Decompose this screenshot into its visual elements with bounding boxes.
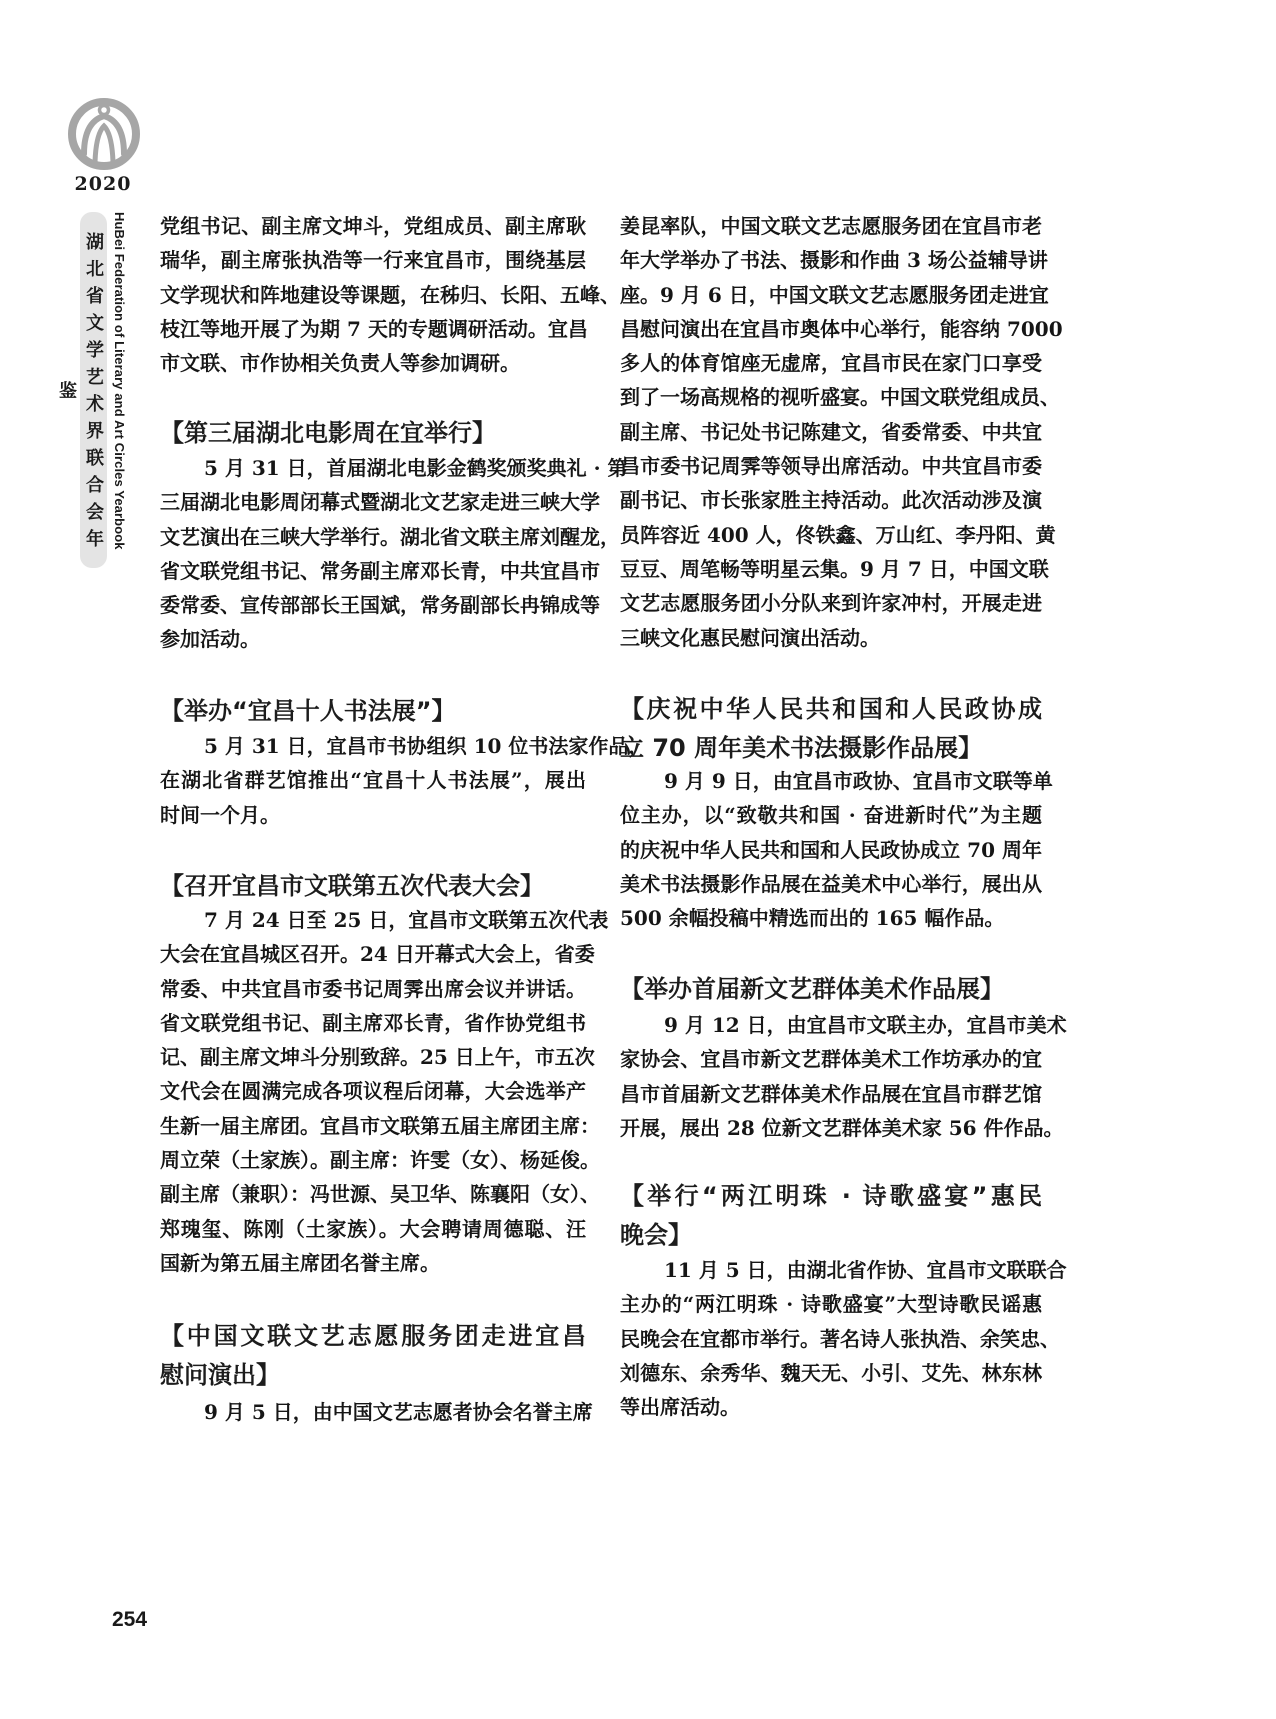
paragraph-line: 省文联党组书记、常务副主席邓长青，中共宜昌市 bbox=[160, 554, 586, 588]
paragraph-line: 国新为第五届主席团名誉主席。 bbox=[160, 1246, 586, 1280]
paragraph-line: 时间一个月。 bbox=[160, 798, 586, 832]
heading-line: 【召开宜昌市文联第五次代表大会】 bbox=[160, 867, 586, 906]
paragraph: 9 月 12 日，由宜昌市文联主办，宜昌市美术 家协会、宜昌市新文艺群体美术工作… bbox=[620, 1008, 1042, 1145]
paragraph-line: 副主席（兼职）：冯世源、吴卫华、陈襄阳（女）、 bbox=[160, 1177, 586, 1211]
paragraph-line: 5 月 31 日，宜昌市书协组织 10 位书法家作品， bbox=[160, 729, 586, 763]
federation-emblem-icon bbox=[64, 92, 144, 174]
paragraph-line: 委常委、宣传部部长王国斌，常务副部长冉锦成等 bbox=[160, 588, 586, 622]
paragraph: 11 月 5 日，由湖北省作协、宜昌市文联联合 主办的“两江明珠 · 诗歌盛宴”… bbox=[620, 1253, 1042, 1424]
paragraph-line: 刘德东、余秀华、魏天无、小引、艾先、林东林 bbox=[620, 1356, 1042, 1390]
paragraph-line: 9 月 12 日，由宜昌市文联主办，宜昌市美术 bbox=[620, 1008, 1042, 1042]
paragraph-line: 9 月 5 日，由中国文艺志愿者协会名誉主席 bbox=[160, 1395, 586, 1429]
paragraph: 9 月 9 日，由宜昌市政协、宜昌市文联等单 位主办，以“致敬共和国 · 奋进新… bbox=[620, 764, 1042, 935]
paragraph-line: 美术书法摄影作品展在益美术中心举行，展出从 bbox=[620, 867, 1042, 901]
section-heading: 【举办“宜昌十人书法展”】 bbox=[160, 692, 586, 731]
paragraph-line: 党组书记、副主席文坤斗，党组成员、副主席耿 bbox=[160, 209, 586, 243]
paragraph-line: 文学现状和阵地建设等课题，在秭归、长阳、五峰、 bbox=[160, 278, 586, 312]
paragraph: 7 月 24 日至 25 日，宜昌市文联第五次代表 大会在宜昌城区召开。24 日… bbox=[160, 903, 586, 1280]
paragraph-line: 年大学举办了书法、摄影和作曲 3 场公益辅导讲 bbox=[620, 243, 1042, 277]
paragraph-line: 豆豆、周笔畅等明星云集。9 月 7 日，中国文联 bbox=[620, 552, 1042, 586]
heading-line: 晚会】 bbox=[620, 1216, 1042, 1255]
section-heading: 【中国文联文艺志愿服务团走进宜昌 慰问演出】 bbox=[160, 1317, 586, 1395]
paragraph-continuation: 党组书记、副主席文坤斗，党组成员、副主席耿 瑞华，副主席张执浩等一行来宜昌市，围… bbox=[160, 209, 586, 380]
heading-line: 【举办首届新文艺群体美术作品展】 bbox=[620, 970, 1042, 1009]
heading-line: 【庆祝中华人民共和国和人民政协成 bbox=[620, 690, 1042, 729]
paragraph-line: 开展，展出 28 位新文艺群体美术家 56 件作品。 bbox=[620, 1111, 1042, 1145]
paragraph-line: 记、副主席文坤斗分别致辞。25 日上午，市五次 bbox=[160, 1040, 586, 1074]
paragraph: 5 月 31 日，宜昌市书协组织 10 位书法家作品， 在湖北省群艺馆推出“宜昌… bbox=[160, 729, 586, 832]
paragraph-line: 昌市首届新文艺群体美术作品展在宜昌市群艺馆 bbox=[620, 1077, 1042, 1111]
paragraph: 5 月 31 日，首届湖北电影金鹤奖颁奖典礼 · 第 三届湖北电影周闭幕式暨湖北… bbox=[160, 451, 586, 657]
paragraph-line: 副主席、书记处书记陈建文，省委常委、中共宜 bbox=[620, 415, 1042, 449]
paragraph-line: 常委、中共宜昌市委书记周霁出席会议并讲话。 bbox=[160, 972, 586, 1006]
heading-line: 【举办“宜昌十人书法展”】 bbox=[160, 692, 586, 731]
paragraph-line: 11 月 5 日，由湖北省作协、宜昌市文联联合 bbox=[620, 1253, 1042, 1287]
paragraph-continuation: 姜昆率队，中国文联文艺志愿服务团在宜昌市老 年大学举办了书法、摄影和作曲 3 场… bbox=[620, 209, 1042, 655]
section-heading: 【第三届湖北电影周在宜举行】 bbox=[160, 414, 586, 453]
paragraph-line: 到了一场高规格的视听盛宴。中国文联党组成员、 bbox=[620, 380, 1042, 414]
paragraph-line: 5 月 31 日，首届湖北电影金鹤奖颁奖典礼 · 第 bbox=[160, 451, 586, 485]
paragraph-line: 9 月 9 日，由宜昌市政协、宜昌市文联等单 bbox=[620, 764, 1042, 798]
paragraph-line: 省文联党组书记、副主席邓长青，省作协党组书 bbox=[160, 1006, 586, 1040]
paragraph-line: 多人的体育馆座无虚席，宜昌市民在家门口享受 bbox=[620, 346, 1042, 380]
heading-line: 【举行“两江明珠 · 诗歌盛宴”惠民 bbox=[620, 1177, 1042, 1216]
section-heading: 【举行“两江明珠 · 诗歌盛宴”惠民 晚会】 bbox=[620, 1177, 1042, 1255]
paragraph-line: 瑞华，副主席张执浩等一行来宜昌市，围绕基层 bbox=[160, 243, 586, 277]
paragraph-line: 主办的“两江明珠 · 诗歌盛宴”大型诗歌民谣惠 bbox=[620, 1287, 1042, 1321]
paragraph-line: 三峡文化惠民慰问演出活动。 bbox=[620, 621, 1042, 655]
paragraph-line: 郑瑰玺、陈刚（土家族）。大会聘请周德聪、汪 bbox=[160, 1212, 586, 1246]
page-number: 254 bbox=[112, 1608, 147, 1632]
paragraph-line: 文艺志愿服务团小分队来到许家冲村，开展走进 bbox=[620, 586, 1042, 620]
paragraph-line: 文艺演出在三峡大学举行。湖北省文联主席刘醒龙， bbox=[160, 520, 586, 554]
heading-line: 【中国文联文艺志愿服务团走进宜昌 bbox=[160, 1317, 586, 1356]
section-heading: 【召开宜昌市文联第五次代表大会】 bbox=[160, 867, 586, 906]
paragraph-line: 生新一届主席团。宜昌市文联第五届主席团主席： bbox=[160, 1109, 586, 1143]
paragraph-line: 在湖北省群艺馆推出“宜昌十人书法展”，展出 bbox=[160, 763, 586, 797]
heading-line: 慰问演出】 bbox=[160, 1356, 586, 1395]
heading-line: 【第三届湖北电影周在宜举行】 bbox=[160, 414, 586, 453]
sidebar-title-english: HuBei Federation of Literary and Art Cir… bbox=[111, 212, 127, 568]
paragraph-line: 昌慰问演出在宜昌市奥体中心举行，能容纳 7000 bbox=[620, 312, 1042, 346]
paragraph-line: 员阵容近 400 人，佟铁鑫、万山红、李丹阳、黄 bbox=[620, 518, 1042, 552]
section-heading: 【庆祝中华人民共和国和人民政协成 立 70 周年美术书法摄影作品展】 bbox=[620, 690, 1042, 768]
paragraph-line: 三届湖北电影周闭幕式暨湖北文艺家走进三峡大学 bbox=[160, 485, 586, 519]
paragraph-line: 500 余幅投稿中精选而出的 165 幅作品。 bbox=[620, 901, 1042, 935]
paragraph-line: 姜昆率队，中国文联文艺志愿服务团在宜昌市老 bbox=[620, 209, 1042, 243]
paragraph-line: 的庆祝中华人民共和国和人民政协成立 70 周年 bbox=[620, 833, 1042, 867]
paragraph-line: 周立荣（土家族）。副主席：许雯（女）、杨延俊。 bbox=[160, 1143, 586, 1177]
paragraph-line: 文代会在圆满完成各项议程后闭幕，大会选举产 bbox=[160, 1074, 586, 1108]
sidebar-title-chinese: 湖北省文学艺术界联合会年鉴 bbox=[80, 219, 107, 569]
paragraph-line: 参加活动。 bbox=[160, 622, 586, 656]
paragraph-line: 副书记、市长张家胜主持活动。此次活动涉及演 bbox=[620, 483, 1042, 517]
paragraph-line: 市文联、市作协相关负责人等参加调研。 bbox=[160, 346, 586, 380]
paragraph-line: 等出席活动。 bbox=[620, 1390, 1042, 1424]
paragraph-line: 7 月 24 日至 25 日，宜昌市文联第五次代表 bbox=[160, 903, 586, 937]
paragraph-line: 座。9 月 6 日，中国文联文艺志愿服务团走进宜 bbox=[620, 278, 1042, 312]
paragraph-line: 民晚会在宜都市举行。著名诗人张执浩、余笑忠、 bbox=[620, 1322, 1042, 1356]
paragraph-line: 大会在宜昌城区召开。24 日开幕式大会上，省委 bbox=[160, 937, 586, 971]
paragraph-line: 家协会、宜昌市新文艺群体美术工作坊承办的宜 bbox=[620, 1042, 1042, 1076]
paragraph-line: 昌市委书记周霁等领导出席活动。中共宜昌市委 bbox=[620, 449, 1042, 483]
paragraph-line: 枝江等地开展了为期 7 天的专题调研活动。宜昌 bbox=[160, 312, 586, 346]
yearbook-year: 2020 bbox=[70, 173, 136, 195]
paragraph: 9 月 5 日，由中国文艺志愿者协会名誉主席 bbox=[160, 1395, 586, 1429]
heading-line: 立 70 周年美术书法摄影作品展】 bbox=[620, 729, 1042, 768]
paragraph-line: 位主办，以“致敬共和国 · 奋进新时代”为主题 bbox=[620, 798, 1042, 832]
section-heading: 【举办首届新文艺群体美术作品展】 bbox=[620, 970, 1042, 1009]
